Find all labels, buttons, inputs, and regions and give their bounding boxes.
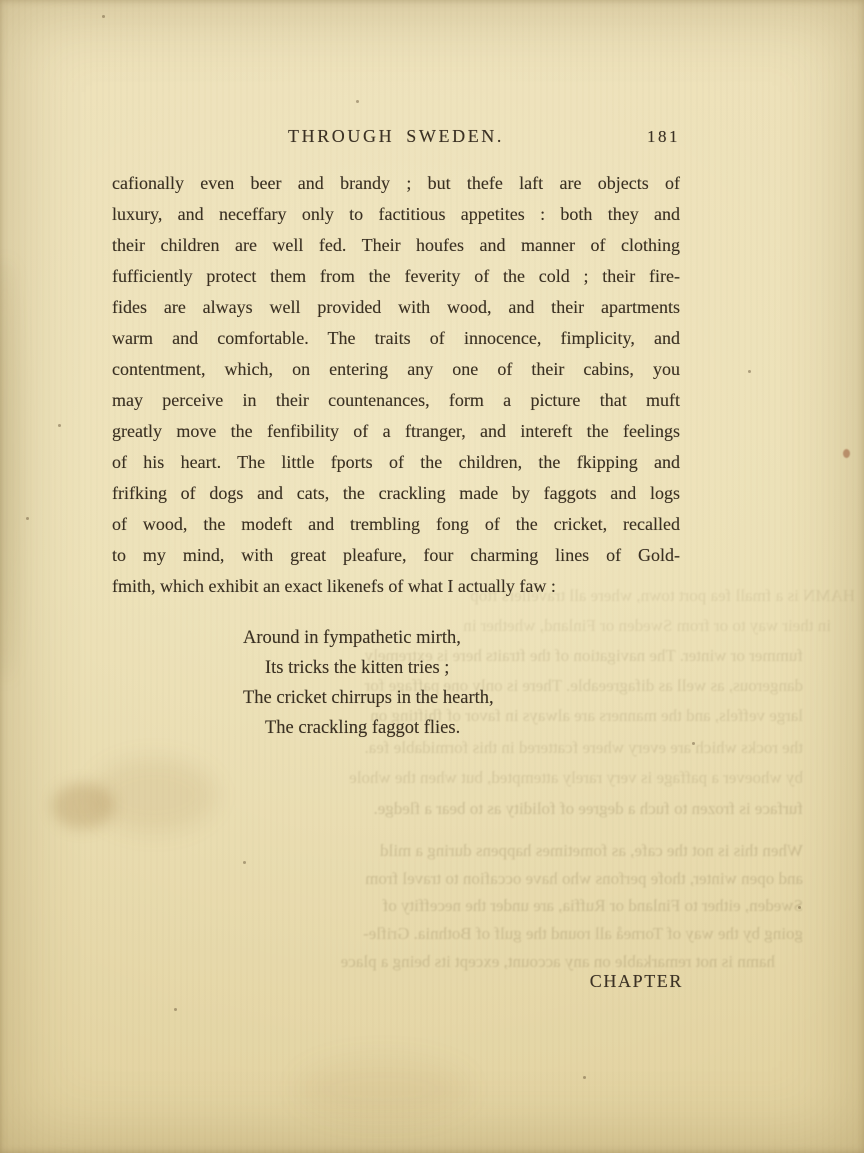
body-line: fides are always well provided with wood… — [112, 292, 680, 323]
paper-stain — [0, 260, 18, 680]
body-line: cafionally even beer and brandy ; but th… — [112, 168, 680, 199]
bleedthrough-line: going by the way of Torneå all round the… — [68, 924, 803, 944]
paper-speck — [583, 1076, 586, 1079]
paper-speck — [174, 1008, 177, 1011]
paper-stain — [843, 449, 850, 458]
paper-stain — [52, 783, 114, 829]
verse-line: The cricket chirrups in the hearth, — [243, 683, 494, 713]
page-number: 181 — [647, 127, 680, 147]
book-page-scan: HAMN is a fmall fea port town, where all… — [0, 0, 864, 1153]
body-line: may perceive in their countenances, form… — [112, 385, 680, 416]
paper-speck — [748, 370, 751, 373]
paper-speck — [692, 742, 695, 745]
bleedthrough-line: When this is not the cafe, as fometimes … — [68, 841, 803, 861]
body-line: of wood, the modeft and trembling fong o… — [112, 509, 680, 540]
body-line: fmith, which exhibit an exact likenefs o… — [112, 571, 680, 602]
paper-speck — [26, 517, 29, 520]
paper-speck — [102, 15, 105, 18]
body-line: greatly move the fenfibility of a ftrang… — [112, 416, 680, 447]
bleedthrough-line: hamn is not remarkable on any account, e… — [40, 952, 775, 972]
running-header-title: THROUGH SWEDEN. — [112, 126, 680, 147]
verse-line: Around in fympathetic mirth, — [243, 623, 494, 653]
paper-speck — [58, 424, 61, 427]
body-line: warm and comfortable. The traits of inno… — [112, 323, 680, 354]
verse-line: The crackling faggot flies. — [243, 713, 494, 743]
bleedthrough-line: and open winter, thofe perfons who have … — [68, 869, 803, 889]
body-line: their children are well fed. Their houfe… — [112, 230, 680, 261]
paper-speck — [243, 861, 246, 864]
bleedthrough-line: by whoever a paffage is very rarely atte… — [68, 768, 803, 788]
body-line: of his heart. The little fports of the c… — [112, 447, 680, 478]
catchword: CHAPTER — [590, 971, 683, 992]
paper-stain — [92, 758, 216, 832]
bleedthrough-line: Sweden, either to Finland or Ruffia, are… — [68, 896, 803, 916]
body-paragraph: cafionally even beer and brandy ; but th… — [112, 168, 680, 602]
body-line: frifking of dogs and cats, the crackling… — [112, 478, 680, 509]
body-line: contentment, which, on entering any one … — [112, 354, 680, 385]
body-line: luxury, and neceffary only to factitious… — [112, 199, 680, 230]
verse-line: Its tricks the kitten tries ; — [243, 653, 494, 683]
body-line: fufficiently protect them from the fever… — [112, 261, 680, 292]
running-head: THROUGH SWEDEN. 181 — [112, 126, 680, 150]
bleedthrough-line: furface is frozen to fuch a degree of fo… — [68, 799, 803, 819]
verse-quotation: Around in fympathetic mirth, Its tricks … — [243, 623, 494, 743]
body-line: to my mind, with great pleafure, four ch… — [112, 540, 680, 571]
paper-stain — [298, 1058, 468, 1120]
paper-speck — [798, 906, 801, 909]
paper-speck — [356, 100, 359, 103]
